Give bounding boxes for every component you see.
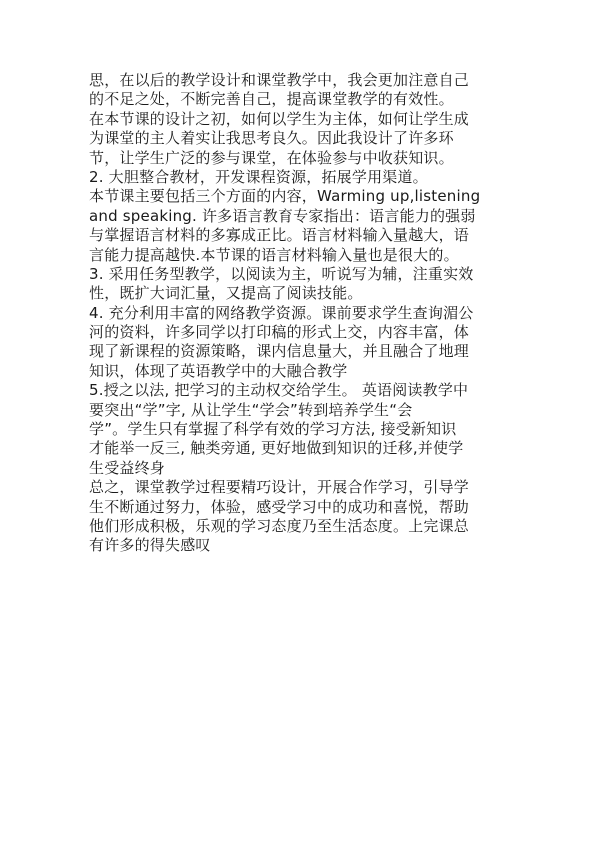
text-line: 知识，体现了英语教学中的大融合教学 — [89, 362, 509, 381]
text-line: 河的资料，许多同学以打印稿的形式上交，内容丰富，体 — [89, 323, 509, 342]
text-line: 要突出“学”字, 从让学生“学会”转到培养学生“会 — [89, 401, 509, 420]
section-heading-3: 3. 采用任务型教学，以阅读为主，听说写为辅，注重实效 — [89, 265, 509, 284]
text-line: 他们形成积极，乐观的学习态度乃至生活态度。上完课总 — [89, 517, 509, 536]
text-line: 的不足之处，不断完善自己，提高课堂教学的有效性。 — [89, 90, 509, 109]
text-line: 生不断通过努力，体验，感受学习中的成功和喜悦，帮助 — [89, 498, 509, 517]
section-heading-4: 4. 充分利用丰富的网络教学资源。课前要求学生查询湄公 — [89, 304, 509, 323]
document-page: 思，在以后的教学设计和课堂教学中，我会更加注意自己 的不足之处，不断完善自己，提… — [89, 71, 509, 556]
text-line: 言能力提高越快.本节课的语言材料输入量也是很大的。 — [89, 246, 509, 265]
section-heading-2: 2. 大胆整合教材，开发课程资源，拓展学用渠道。 — [89, 168, 509, 187]
text-line: and speaking. 许多语言教育专家指出：语言能力的强弱 — [89, 207, 509, 226]
text-line: 才能举一反三, 触类旁通, 更好地做到知识的迁移,并使学 — [89, 439, 509, 458]
text-line: 现了新课程的资源策略，课内信息量大，并且融合了地理 — [89, 342, 509, 361]
text-line: 性，既扩大词汇量，又提高了阅读技能。 — [89, 284, 509, 303]
section-heading-5: 5.授之以法, 把学习的主动权交给学生。 英语阅读教学中 — [89, 381, 509, 400]
text-line: 生受益终身 — [89, 459, 509, 478]
text-line: 学”。学生只有掌握了科学有效的学习方法, 接受新知识 — [89, 420, 509, 439]
text-line: 节，让学生广泛的参与课堂，在体验参与中收获知识。 — [89, 149, 509, 168]
conclusion-line: 总之，课堂教学过程要精巧设计，开展合作学习，引导学 — [89, 478, 509, 497]
text-line: 有许多的得失感叹 — [89, 536, 509, 555]
text-line: 在本节课的设计之初，如何以学生为主体，如何让学生成 — [89, 110, 509, 129]
text-line: 思，在以后的教学设计和课堂教学中，我会更加注意自己 — [89, 71, 509, 90]
text-line: 本节课主要包括三个方面的内容，Warming up,listening — [89, 187, 509, 206]
text-line: 为课堂的主人着实让我思考良久。因此我设计了许多环 — [89, 129, 509, 148]
text-line: 与掌握语言材料的多寡成正比。语言材料输入量越大，语 — [89, 226, 509, 245]
